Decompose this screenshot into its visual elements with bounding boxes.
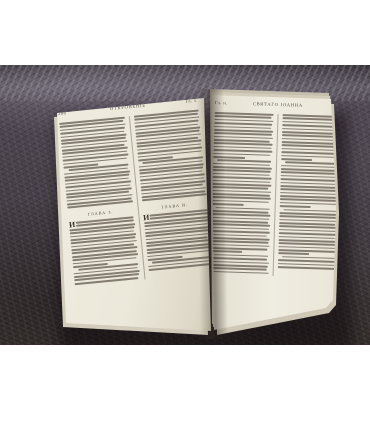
- text-line: [285, 161, 339, 164]
- text-line: [281, 151, 340, 155]
- text-line: [279, 205, 311, 208]
- column-text: [69, 216, 140, 284]
- text-line: [278, 232, 337, 236]
- book-gutter-shadow: [196, 89, 228, 339]
- column-text: [277, 114, 340, 269]
- text-column: ГЛАВА З. И: [59, 117, 140, 287]
- text-line: [277, 259, 334, 262]
- running-title: ОТКРОВЕНІЕ: [86, 100, 170, 113]
- text-line: [281, 134, 339, 138]
- drop-cap: И: [143, 214, 150, 223]
- page-number: 208: [58, 108, 86, 116]
- right-page-header: Гл. и. СВЯТАГО ІОАННА 209: [215, 100, 341, 109]
- right-page-content: Гл. и. СВЯТАГО ІОАННА 209: [210, 100, 341, 278]
- text-line: [277, 266, 335, 270]
- text-line: [281, 158, 313, 161]
- text-line: [279, 215, 338, 219]
- left-page-columns: ГЛАВА З. И ГЛАВА И. И: [59, 110, 214, 287]
- text-line: [278, 252, 310, 255]
- text-line: [280, 178, 339, 182]
- column-text: [59, 117, 132, 209]
- page-number: 209: [316, 103, 341, 109]
- canvas: { "scene": { "background_color": "#fffff…: [0, 0, 370, 423]
- running-title: СВЯТАГО ІОАННА: [240, 101, 316, 108]
- left-page-content: 208 ОТКРОВЕНІЕ Гл. з. ГЛАВА З. И ГЛАВА И…: [58, 98, 214, 287]
- text-line: [217, 159, 271, 162]
- chapter-paragraph: И: [69, 216, 140, 284]
- photo-of-book: 208 ОТКРОВЕНІЕ Гл. з. ГЛАВА З. И ГЛАВА И…: [0, 65, 370, 345]
- text-column: [272, 114, 341, 278]
- drop-cap: И: [69, 221, 76, 230]
- left-page: 208 ОТКРОВЕНІЕ Гл. з. ГЛАВА З. И ГЛАВА И…: [50, 93, 215, 333]
- right-page-columns: [210, 112, 341, 278]
- text-line: [278, 242, 336, 246]
- text-line: [280, 188, 336, 191]
- text-line: [282, 124, 340, 128]
